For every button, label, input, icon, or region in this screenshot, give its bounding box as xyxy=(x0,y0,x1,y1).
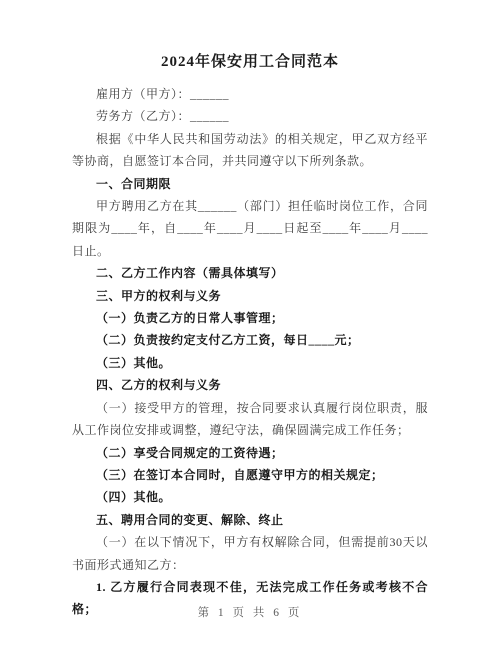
preamble: 根据《中华人民共和国劳动法》的相关规定，甲乙双方经平等协商，自愿签订本合同，并共… xyxy=(72,128,428,173)
party-b-line: 劳务方（乙方）：______ xyxy=(72,105,428,127)
clause-1-1: 甲方聘用乙方在其______（部门）担任临时岗位工作，合同期限为____年，自_… xyxy=(72,195,428,262)
clause-3-3: （三）其他。 xyxy=(72,352,428,374)
clause-4-2: （二）享受合同规定的工资待遇； xyxy=(72,442,428,464)
section-2-title: 二、乙方工作内容（需具体填写） xyxy=(72,262,428,284)
contract-document-page: 2024年保安用工合同范本 雇用方（甲方）：______ 劳务方（乙方）：___… xyxy=(0,0,500,647)
page-number-indicator: 第 1 页 共 6 页 xyxy=(0,604,500,620)
clause-3-1: （一）负责乙方的日常人事管理； xyxy=(72,307,428,329)
clause-4-4: （四）其他。 xyxy=(72,486,428,508)
clause-5-1: （一）在以下情况下，甲方有权解除合同，但需提前30天以书面形式通知乙方： xyxy=(72,531,428,576)
clause-3-2: （二）负责按约定支付乙方工资，每日____元； xyxy=(72,329,428,351)
section-4-title: 四、乙方的权利与义务 xyxy=(72,374,428,396)
section-1-title: 一、合同期限 xyxy=(72,173,428,195)
clause-4-3: （三）在签订本合同时，自愿遵守甲方的相关规定； xyxy=(72,464,428,486)
section-3-title: 三、甲方的权利与义务 xyxy=(72,285,428,307)
clause-4-1: （一）接受甲方的管理，按合同要求认真履行岗位职责，服从工作岗位安排或调整，遵纪守… xyxy=(72,397,428,442)
section-5-title: 五、聘用合同的变更、解除、终止 xyxy=(72,509,428,531)
document-title: 2024年保安用工合同范本 xyxy=(72,52,428,72)
party-a-line: 雇用方（甲方）：______ xyxy=(72,83,428,105)
